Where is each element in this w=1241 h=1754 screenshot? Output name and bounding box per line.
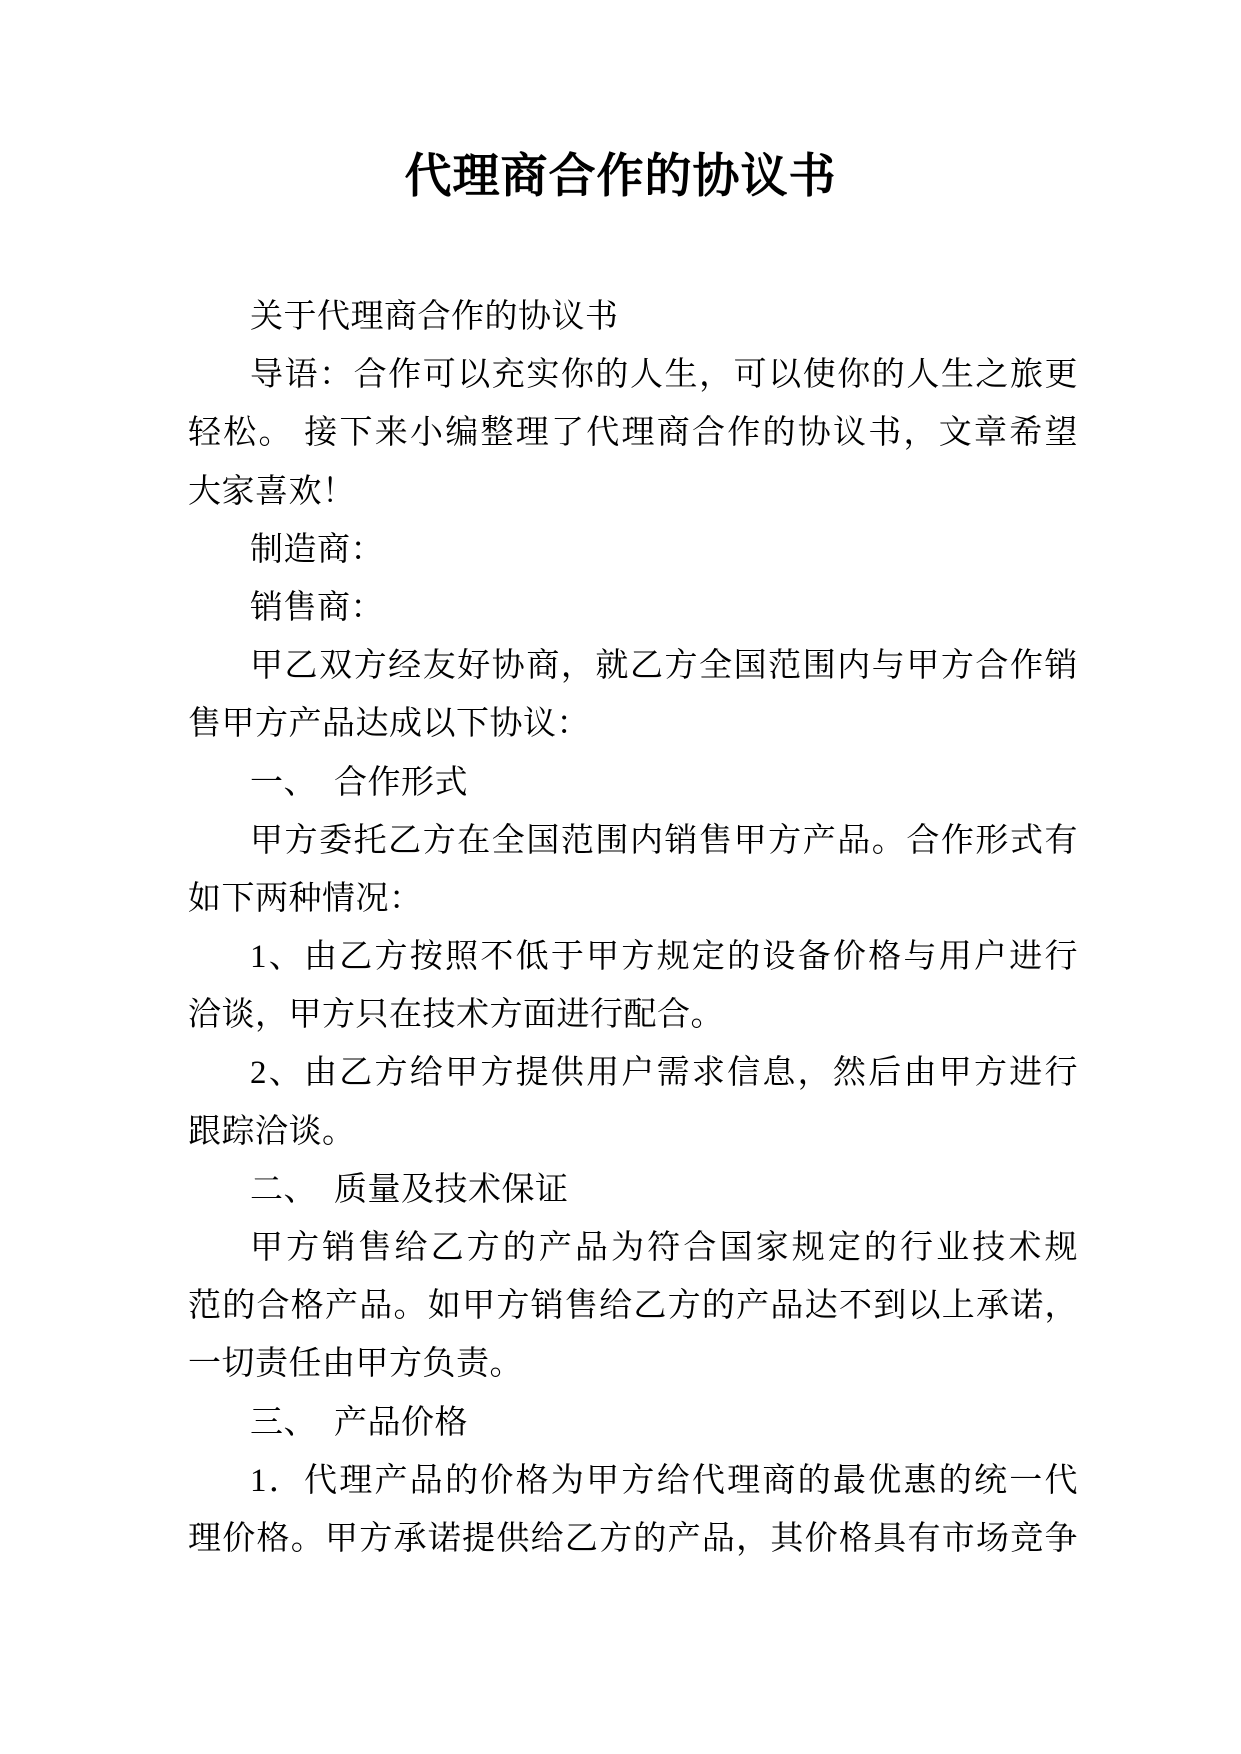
text-line: 一切责任由甲方负责。 xyxy=(188,1335,1078,1393)
text-line: 跟踪洽谈。 xyxy=(188,1103,1078,1161)
text-line: 甲方委托乙方在全国范围内销售甲方产品。合作形式有 xyxy=(188,812,1078,870)
document-body: 关于代理商合作的协议书导语：合作可以充实你的人生，可以使你的人生之旅更轻松。 接… xyxy=(188,288,1078,1568)
text-line: 理价格。甲方承诺提供给乙方的产品，其价格具有市场竞争 xyxy=(188,1510,1078,1568)
text-line: 销售商： xyxy=(188,579,1078,637)
text-line: 一、 合作形式 xyxy=(188,754,1078,812)
document-page: 代理商合作的协议书 关于代理商合作的协议书导语：合作可以充实你的人生，可以使你的… xyxy=(0,0,1241,1754)
text-line: 1、由乙方按照不低于甲方规定的设备价格与用户进行 xyxy=(188,928,1078,986)
text-line: 轻松。 接下来小编整理了代理商合作的协议书，文章希望 xyxy=(188,404,1078,462)
text-line: 洽谈，甲方只在技术方面进行配合。 xyxy=(188,986,1078,1044)
text-line: 1．代理产品的价格为甲方给代理商的最优惠的统一代 xyxy=(188,1452,1078,1510)
text-line: 关于代理商合作的协议书 xyxy=(188,288,1078,346)
text-line: 二、 质量及技术保证 xyxy=(188,1161,1078,1219)
text-line: 售甲方产品达成以下协议： xyxy=(188,695,1078,753)
document-title: 代理商合作的协议书 xyxy=(0,146,1241,208)
text-line: 大家喜欢！ xyxy=(188,463,1078,521)
text-line: 三、 产品价格 xyxy=(188,1394,1078,1452)
text-line: 甲乙双方经友好协商，就乙方全国范围内与甲方合作销 xyxy=(188,637,1078,695)
text-line: 如下两种情况： xyxy=(188,870,1078,928)
text-line: 甲方销售给乙方的产品为符合国家规定的行业技术规 xyxy=(188,1219,1078,1277)
text-line: 导语：合作可以充实你的人生，可以使你的人生之旅更 xyxy=(188,346,1078,404)
text-line: 2、由乙方给甲方提供用户需求信息，然后由甲方进行 xyxy=(188,1044,1078,1102)
text-line: 范的合格产品。如甲方销售给乙方的产品达不到以上承诺， xyxy=(188,1277,1078,1335)
text-line: 制造商： xyxy=(188,521,1078,579)
